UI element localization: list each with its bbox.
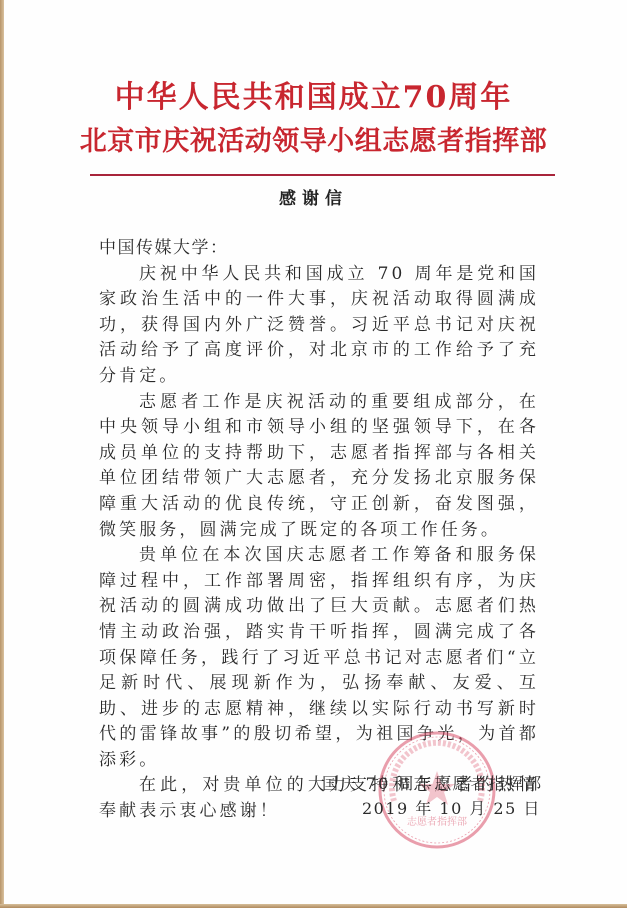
paragraph-1: 庆祝中华人民共和国成立 70 周年是党和国家政治生活中的一件大事，庆祝活动取得圆… (99, 262, 539, 390)
letterhead-line-1: 中华人民共和国成立70周年 (0, 80, 627, 116)
page-edge-bottom (0, 904, 627, 908)
letterhead-line-2: 北京市庆祝活动领导小组志愿者指挥部 (0, 125, 627, 159)
letter-title: 感谢信 (0, 187, 627, 211)
salutation: 中国传媒大学： (99, 236, 539, 262)
signature-organization: 国庆 70 周年志愿者指挥部 (322, 771, 562, 796)
letter-body: 中国传媒大学： 庆祝中华人民共和国成立 70 周年是党和国家政治生活中的一件大事… (99, 236, 539, 825)
letter-page: 中华人民共和国成立70周年 北京市庆祝活动领导小组志愿者指挥部 感谢信 中国传媒… (0, 0, 627, 908)
paragraph-3: 贵单位在本次国庆志愿者工作筹备和服务保障过程中，工作部署周密，指挥组织有序，为庆… (99, 543, 539, 773)
letterhead-divider (90, 174, 555, 176)
paragraph-2: 志愿者工作是庆祝活动的重要组成部分，在中央领导小组和市领导小组的坚强领导下，在各… (99, 390, 539, 544)
signature-date: 2019 年 10 月 25 日 (322, 796, 562, 821)
signature-block: 国庆 70 周年志愿者指挥部 2019 年 10 月 25 日 (322, 771, 562, 821)
